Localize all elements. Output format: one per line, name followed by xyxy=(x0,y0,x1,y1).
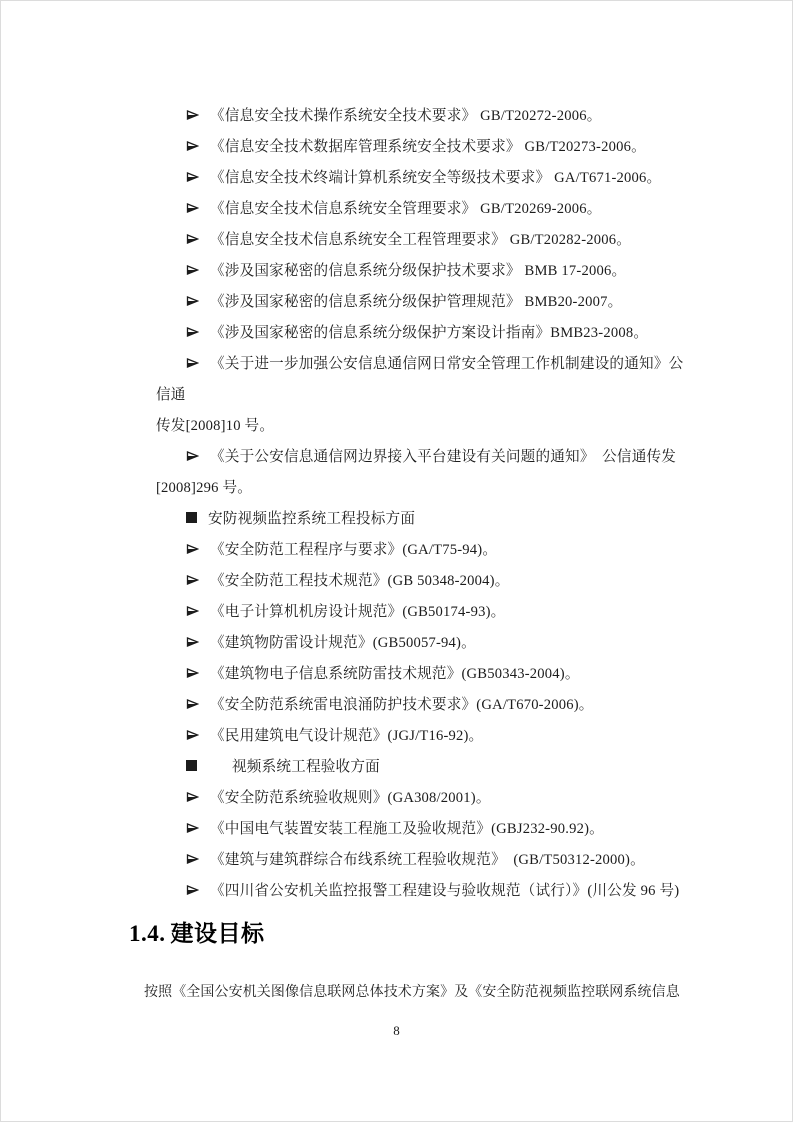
list-item: 《电子计算机机房设计规范》(GB50174-93)。 xyxy=(156,597,688,628)
section-heading: 1.4.建设目标 xyxy=(129,919,265,949)
arrow-bullet-icon xyxy=(186,628,200,659)
list-item-text: 《信息安全技术操作系统安全技术要求》 GB/T20272-2006。 xyxy=(210,108,602,124)
arrow-bullet-icon xyxy=(186,225,200,256)
arrow-bullet-icon xyxy=(186,783,200,814)
list-item: 《建筑与建筑群综合布线系统工程验收规范》 (GB/T50312-2000)。 xyxy=(156,845,688,876)
list-item: 《建筑物电子信息系统防雷技术规范》(GB50343-2004)。 xyxy=(156,659,688,690)
list-item: 《涉及国家秘密的信息系统分级保护方案设计指南》BMB23-2008。 xyxy=(156,318,688,349)
list-item: 《中国电气装置安装工程施工及验收规范》(GBJ232-90.92)。 xyxy=(156,814,688,845)
list-item: 《民用建筑电气设计规范》(JGJ/T16-92)。 xyxy=(156,721,688,752)
arrow-bullet-icon xyxy=(186,566,200,597)
arrow-bullet-icon xyxy=(186,721,200,752)
list-item: 安防视频监控系统工程投标方面 xyxy=(156,504,688,535)
arrow-bullet-icon xyxy=(186,442,200,473)
list-item: 《安全防范工程技术规范》(GB 50348-2004)。 xyxy=(156,566,688,597)
arrow-bullet-icon xyxy=(186,845,200,876)
list-item: 《涉及国家秘密的信息系统分级保护管理规范》 BMB20-2007。 xyxy=(156,287,688,318)
list-item-text: 《信息安全技术信息系统安全工程管理要求》 GB/T20282-2006。 xyxy=(210,232,631,248)
section-title: 建设目标 xyxy=(171,921,265,946)
list-item: 视频系统工程验收方面 xyxy=(156,752,688,783)
arrow-bullet-icon xyxy=(186,318,200,349)
arrow-bullet-icon xyxy=(186,876,200,907)
list-item-text: 《信息安全技术终端计算机系统安全等级技术要求》 GA/T671-2006。 xyxy=(210,170,661,186)
list-item-text: 《涉及国家秘密的信息系统分级保护方案设计指南》BMB23-2008。 xyxy=(210,325,648,341)
list-item: 《安全防范系统雷电浪涌防护技术要求》(GA/T670-2006)。 xyxy=(156,690,688,721)
list-item-text: 《安全防范工程技术规范》(GB 50348-2004)。 xyxy=(210,573,510,589)
document-page: 《信息安全技术操作系统安全技术要求》 GB/T20272-2006。 《信息安全… xyxy=(0,0,793,1122)
arrow-bullet-icon xyxy=(186,132,200,163)
arrow-bullet-icon xyxy=(186,597,200,628)
list-item-text: 《安全防范系统验收规则》(GA308/2001)。 xyxy=(210,790,491,806)
arrow-bullet-icon xyxy=(186,690,200,721)
list-item-text: 《涉及国家秘密的信息系统分级保护管理规范》 BMB20-2007。 xyxy=(210,294,622,310)
list-item: 《安全防范系统验收规则》(GA308/2001)。 xyxy=(156,783,688,814)
list-item: 《信息安全技术操作系统安全技术要求》 GB/T20272-2006。 xyxy=(156,101,688,132)
list-item-text: 《建筑与建筑群综合布线系统工程验收规范》 (GB/T50312-2000)。 xyxy=(210,852,645,868)
list-item-text: 《涉及国家秘密的信息系统分级保护技术要求》 BMB 17-2006。 xyxy=(210,263,626,279)
list-item-text: 《信息安全技术数据库管理系统安全技术要求》 GB/T20273-2006。 xyxy=(210,139,646,155)
list-item: 《涉及国家秘密的信息系统分级保护技术要求》 BMB 17-2006。 xyxy=(156,256,688,287)
list-item-text: 《安全防范工程程序与要求》(GA/T75-94)。 xyxy=(210,542,497,558)
list-item-text: 视频系统工程验收方面 xyxy=(232,759,380,775)
list-item: 《信息安全技术数据库管理系统安全技术要求》 GB/T20273-2006。 xyxy=(156,132,688,163)
arrow-bullet-icon xyxy=(186,163,200,194)
list-item-text: 《电子计算机机房设计规范》(GB50174-93)。 xyxy=(210,604,505,620)
list-item-text: 《安全防范系统雷电浪涌防护技术要求》(GA/T670-2006)。 xyxy=(210,697,594,713)
arrow-bullet-icon xyxy=(186,659,200,690)
list-item: 《建筑物防雷设计规范》(GB50057-94)。 xyxy=(156,628,688,659)
arrow-bullet-icon xyxy=(186,814,200,845)
list-item-text: 《中国电气装置安装工程施工及验收规范》(GBJ232-90.92)。 xyxy=(210,821,604,837)
standards-list: 《信息安全技术操作系统安全技术要求》 GB/T20272-2006。 《信息安全… xyxy=(156,101,688,907)
list-item: 《信息安全技术信息系统安全工程管理要求》 GB/T20282-2006。 xyxy=(156,225,688,256)
arrow-bullet-icon xyxy=(186,101,200,132)
list-item: 《信息安全技术终端计算机系统安全等级技术要求》 GA/T671-2006。 xyxy=(156,163,688,194)
list-item-text: 《民用建筑电气设计规范》(JGJ/T16-92)。 xyxy=(210,728,483,744)
arrow-bullet-icon xyxy=(186,535,200,566)
list-item: 《关于进一步加强公安信息通信网日常安全管理工作机制建设的通知》公信通 传发[20… xyxy=(156,349,688,442)
list-item: 《关于公安信息通信网边界接入平台建设有关问题的通知》 公信通传发 [2008]2… xyxy=(156,442,688,504)
square-bullet-icon xyxy=(186,504,200,535)
list-item: 《信息安全技术信息系统安全管理要求》 GB/T20269-2006。 xyxy=(156,194,688,225)
arrow-bullet-icon xyxy=(186,194,200,225)
list-item: 《四川省公安机关监控报警工程建设与验收规范（试行）》(川公发 96 号) xyxy=(156,876,688,907)
list-item: 《安全防范工程程序与要求》(GA/T75-94)。 xyxy=(156,535,688,566)
page-number: 8 xyxy=(1,1023,792,1039)
list-item-text: 安防视频监控系统工程投标方面 xyxy=(208,511,415,527)
body-paragraph: 按照《全国公安机关图像信息联网总体技术方案》及《安全防范视频监控联网系统信息 xyxy=(144,977,681,1009)
square-bullet-icon xyxy=(186,752,200,783)
arrow-bullet-icon xyxy=(186,256,200,287)
section-number: 1.4. xyxy=(129,921,166,946)
list-item-text: 《关于公安信息通信网边界接入平台建设有关问题的通知》 公信通传发 [2008]2… xyxy=(156,449,676,496)
list-item-text: 《关于进一步加强公安信息通信网日常安全管理工作机制建设的通知》公信通 传发[20… xyxy=(156,356,683,434)
list-item-text: 《建筑物防雷设计规范》(GB50057-94)。 xyxy=(210,635,476,651)
arrow-bullet-icon xyxy=(186,349,200,380)
list-item-text: 《建筑物电子信息系统防雷技术规范》(GB50343-2004)。 xyxy=(210,666,580,682)
list-item-text: 《四川省公安机关监控报警工程建设与验收规范（试行）》(川公发 96 号) xyxy=(210,883,679,899)
arrow-bullet-icon xyxy=(186,287,200,318)
list-item-text: 《信息安全技术信息系统安全管理要求》 GB/T20269-2006。 xyxy=(210,201,602,217)
